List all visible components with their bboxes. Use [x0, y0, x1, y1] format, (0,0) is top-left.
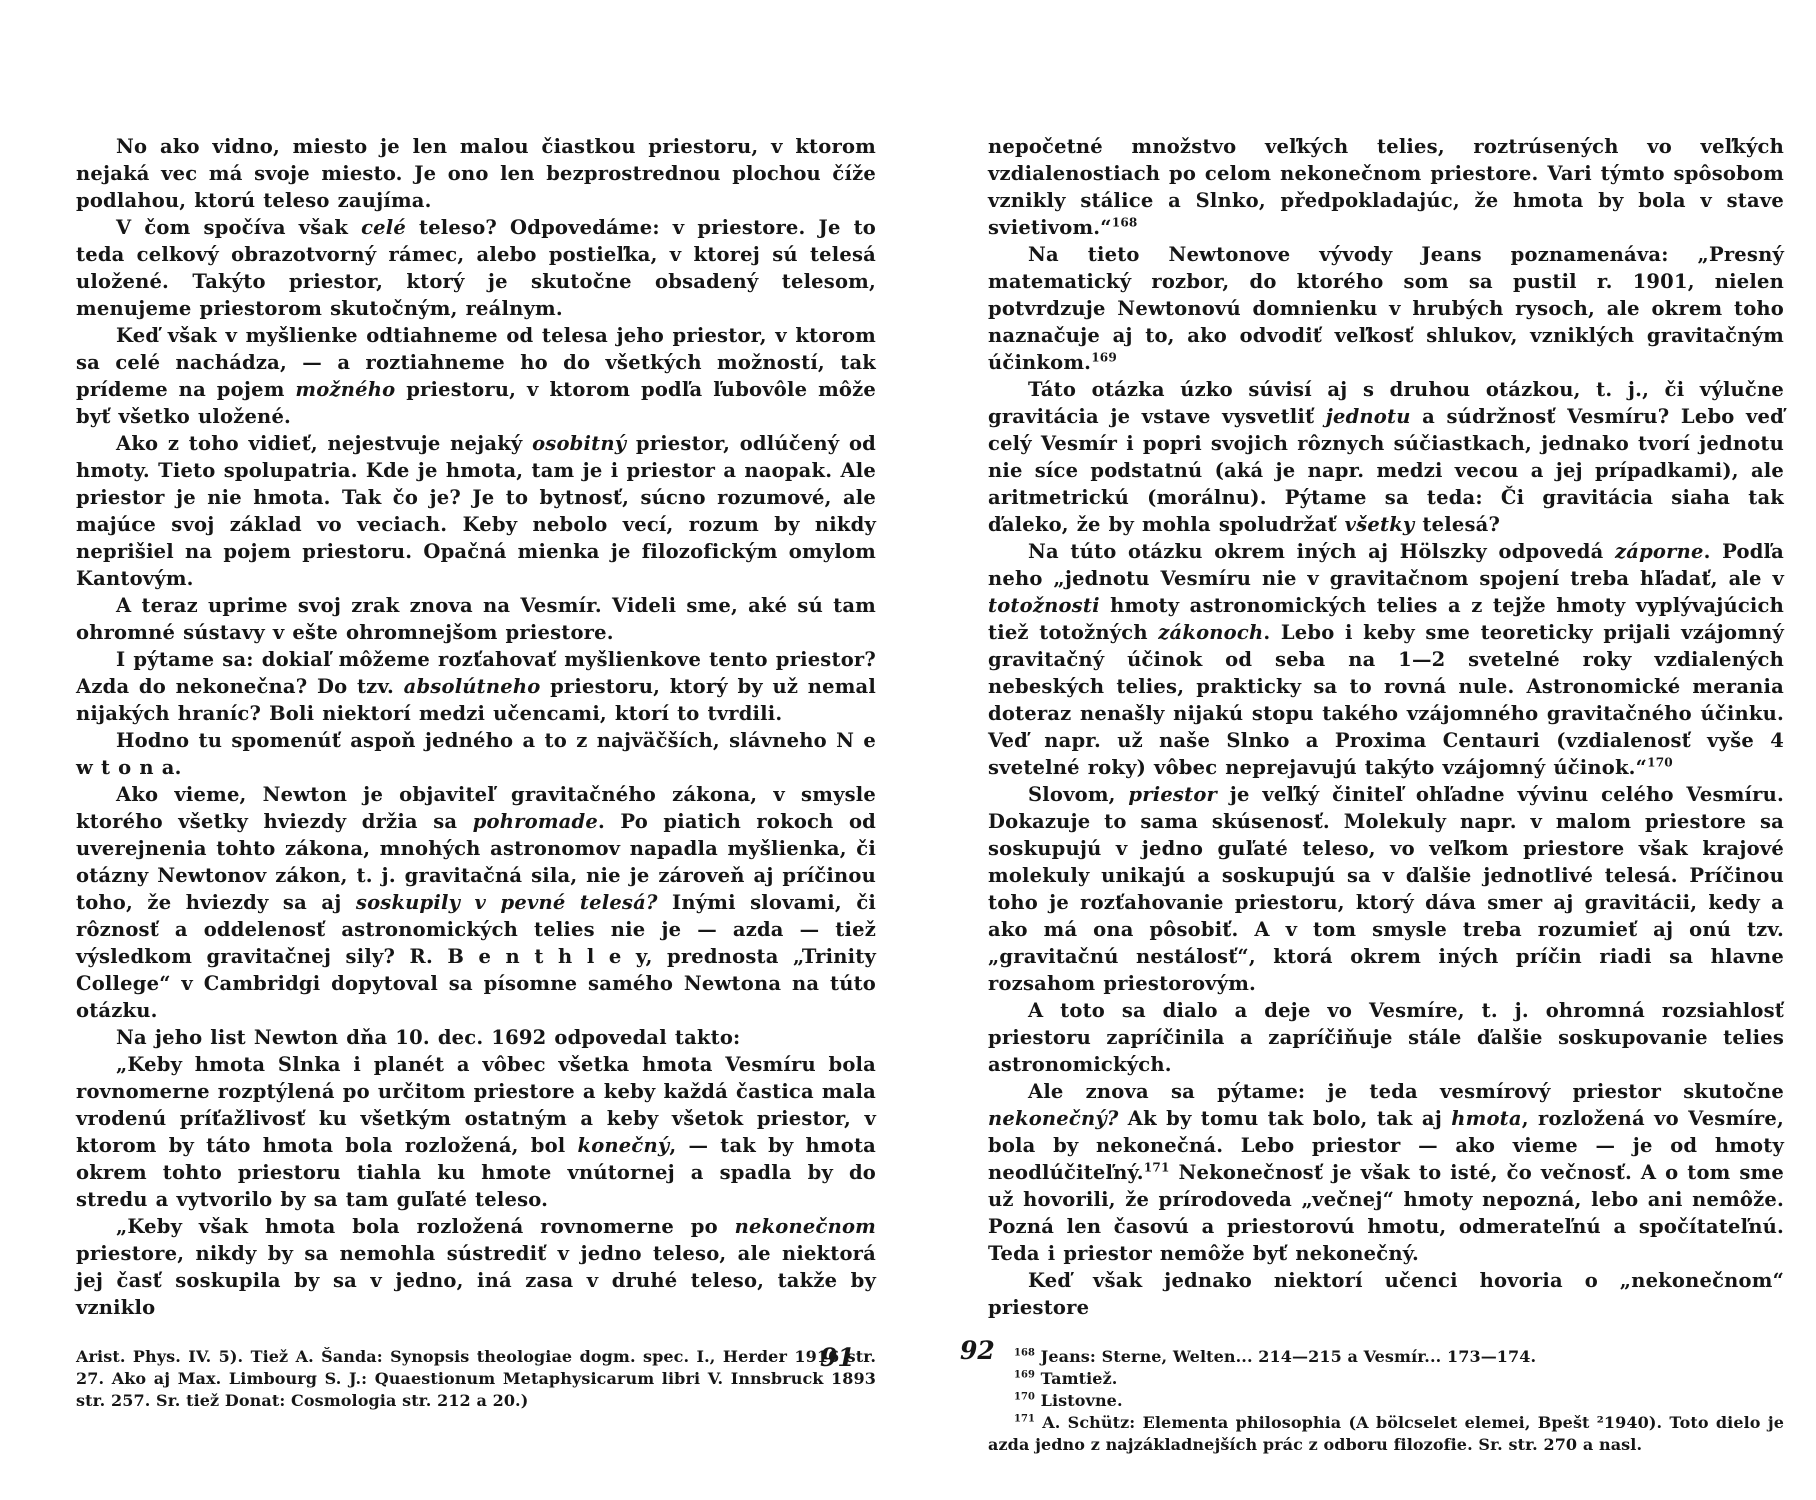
text-segment: telesá?: [1414, 513, 1500, 536]
text-segment: No ako vidno, miesto je len malou čiastk…: [76, 135, 876, 212]
paragraph: Táto otázka úzko súvisí aj s druhou otáz…: [988, 376, 1784, 538]
paragraph: nepočetné množstvo veľkých telies, roztr…: [988, 133, 1784, 241]
text-segment: nepočetné množstvo veľkých telies, roztr…: [988, 135, 1784, 239]
text-segment: všetky: [1345, 513, 1415, 536]
footnote: 169 Tamtiež.: [988, 1368, 1784, 1390]
paragraph: A teraz uprime svoj zrak znova na Vesmír…: [76, 592, 876, 646]
paragraph: Na túto otázku okrem iných aj Hölszky od…: [988, 538, 1784, 781]
footnote-reference: 171: [1144, 1161, 1170, 1175]
text-segment: Na jeho list Newton dňa 10. dec. 1692 od…: [116, 1026, 740, 1049]
text-segment: Hodno tu spomenúť aspoň jedného a to z n…: [76, 729, 876, 779]
text-segment: A teraz uprime svoj zrak znova na Vesmír…: [76, 594, 876, 644]
paragraph: „Keby však hmota bola rozložená rovnomer…: [76, 1213, 876, 1321]
footnote-marker: 168: [1014, 1348, 1035, 1359]
footnote: 170 Listovne.: [988, 1390, 1784, 1412]
text-segment: hmota: [1451, 1107, 1521, 1130]
book-spread: No ako vidno, miesto je len malou čiastk…: [0, 0, 1816, 1500]
text-segment: záporne: [1615, 540, 1704, 563]
footnote-marker: 171: [1014, 1414, 1035, 1425]
paragraph: A toto sa dialo a deje vo Vesmíre, t. j.…: [988, 997, 1784, 1078]
footnote: 168 Jeans: Sterne, Welten... 214—215 a V…: [988, 1346, 1784, 1368]
paragraph: I pýtame sa: dokiaľ môžeme rozťahovať my…: [76, 646, 876, 727]
paragraph: Keď však v myšlienke odtiahneme od teles…: [76, 322, 876, 430]
text-segment: Tamtiež.: [1041, 1369, 1118, 1388]
text-segment: Na túto otázku okrem iných aj Hölszky od…: [1028, 540, 1615, 563]
text-segment: soskupily v pevné telesá?: [356, 891, 658, 914]
text-segment: A. Schütz: Elementa philosophia (A bölcs…: [988, 1413, 1784, 1454]
paragraph: Keď však jednako niektorí učenci hovoria…: [988, 1267, 1784, 1321]
page-91-body: No ako vidno, miesto je len malou čiastk…: [76, 133, 876, 1321]
text-segment: pohromade: [473, 810, 598, 833]
text-segment: Ale znova sa pýtame: je teda vesmírový p…: [1028, 1080, 1784, 1103]
footnote: Arist. Phys. IV. 5). Tiež A. Šanda: Syno…: [76, 1346, 876, 1412]
text-segment: A toto sa dialo a deje vo Vesmíre, t. j.…: [988, 999, 1784, 1076]
footnote-reference: 170: [1647, 756, 1673, 770]
paragraph: Ako vieme, Newton je objaviteľ gravitačn…: [76, 781, 876, 1024]
text-segment: totožnosti: [988, 594, 1100, 617]
footnote-marker: 169: [1014, 1370, 1035, 1381]
text-segment: absolútneho: [404, 675, 541, 698]
footnote-reference: 169: [1091, 351, 1117, 365]
page-number-91: 91: [820, 1343, 855, 1372]
paragraph: Na jeho list Newton dňa 10. dec. 1692 od…: [76, 1024, 876, 1051]
text-segment: je veľký činiteľ ohľadne vývinu celého V…: [988, 783, 1784, 995]
text-segment: Ako z toho vidieť, nejestvuje nejaký: [116, 432, 532, 455]
text-segment: možného: [295, 378, 395, 401]
footnote: 171 A. Schütz: Elementa philosophia (A b…: [988, 1412, 1784, 1456]
text-segment: zákonoch: [1158, 621, 1263, 644]
text-segment: priestore, nikdy by sa nemohla sústrediť…: [76, 1242, 876, 1319]
text-segment: Keď však jednako niektorí učenci hovoria…: [988, 1269, 1784, 1319]
page-92-footnotes: 168 Jeans: Sterne, Welten... 214—215 a V…: [988, 1346, 1784, 1456]
text-segment: Listovne.: [1041, 1391, 1123, 1410]
paragraph: No ako vidno, miesto je len malou čiastk…: [76, 133, 876, 214]
paragraph: „Keby hmota Slnka i planét a vôbec všetk…: [76, 1051, 876, 1213]
text-segment: V čom spočíva však: [116, 216, 361, 239]
footnote-reference: 168: [1112, 216, 1138, 230]
paragraph: Ako z toho vidieť, nejestvuje nejaký oso…: [76, 430, 876, 592]
paragraph: V čom spočíva však celé teleso? Odpovedá…: [76, 214, 876, 322]
text-segment: Jeans: Sterne, Welten... 214—215 a Vesmí…: [1041, 1347, 1537, 1366]
text-segment: nekonečný?: [988, 1107, 1119, 1130]
text-segment: nekonečnom: [735, 1215, 876, 1238]
text-segment: osobitný: [532, 432, 626, 455]
text-segment: priestor: [1128, 783, 1217, 806]
page-92-body: nepočetné množstvo veľkých telies, roztr…: [988, 133, 1784, 1321]
page-91-footnotes: Arist. Phys. IV. 5). Tiež A. Šanda: Syno…: [76, 1346, 876, 1412]
paragraph: Hodno tu spomenúť aspoň jedného a to z n…: [76, 727, 876, 781]
text-segment: konečný: [578, 1134, 670, 1157]
text-segment: jednotu: [1326, 405, 1411, 428]
footnote-marker: 170: [1014, 1392, 1035, 1403]
paragraph: Slovom, priestor je veľký činiteľ ohľadn…: [988, 781, 1784, 997]
text-segment: Ak by tomu tak bolo, tak aj: [1119, 1107, 1452, 1130]
paragraph: Na tieto Newtonove vývody Jeans poznamen…: [988, 241, 1784, 376]
page-91: No ako vidno, miesto je len malou čiastk…: [76, 133, 876, 1412]
page-92: nepočetné množstvo veľkých telies, roztr…: [988, 133, 1784, 1456]
text-segment: priestor, odlúčený od hmoty. Tieto spolu…: [76, 432, 876, 590]
text-segment: celé: [361, 216, 406, 239]
paragraph: Ale znova sa pýtame: je teda vesmírový p…: [988, 1078, 1784, 1267]
text-segment: Arist. Phys. IV. 5). Tiež A. Šanda: Syno…: [76, 1347, 876, 1410]
text-segment: „Keby však hmota bola rozložená rovnomer…: [116, 1215, 735, 1238]
text-segment: Slovom,: [1028, 783, 1128, 806]
page-number-92: 92: [960, 1336, 995, 1365]
